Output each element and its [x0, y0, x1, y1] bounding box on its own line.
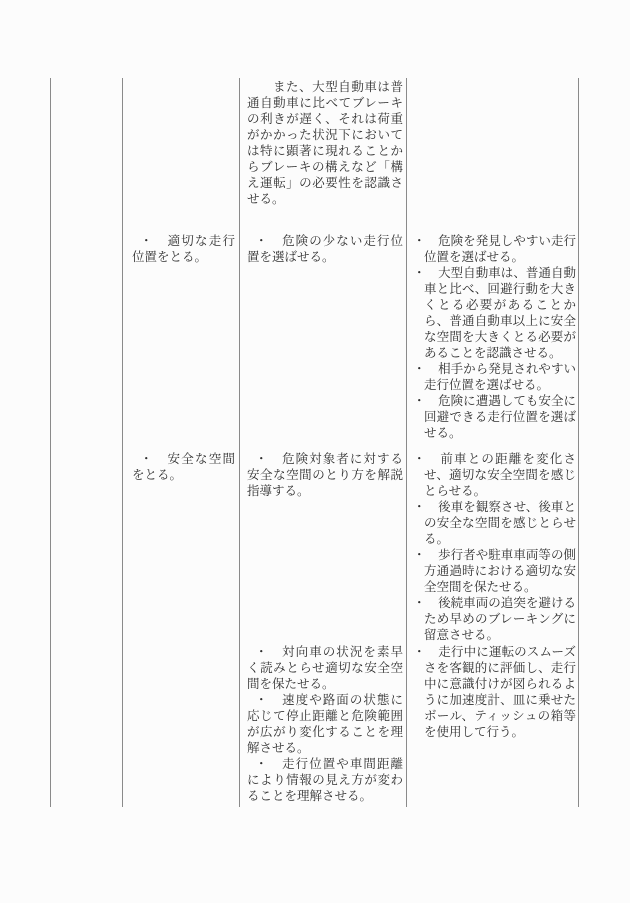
bullet-item: 危険を発見しやすい走行位置を選ばせる。: [424, 233, 576, 265]
row2-guidance-cell: 危険対象者に対する安全な空間のとり方を解説指導する。: [239, 451, 406, 499]
bullet-item: 歩行者や駐車車両等の側方通過時における適切な安全空間を保たせる。: [424, 547, 576, 595]
bullet-item: 安全な空間をとる。: [132, 451, 235, 483]
table-rule-right: [578, 78, 579, 807]
bullet-item: 危険に遭遇しても安全に回避できる走行位置を選ばせる。: [424, 393, 576, 441]
document-page: また、大型自動車は普通自動車に比べてブレーキの利きが遅く、それは荷重がかかった状…: [0, 0, 630, 903]
bullet-item: 危険の少ない走行位置を選ばせる。: [247, 233, 403, 265]
bullet-item: 大型自動車は、普通自動車と比べ、回避行動を大きくとる必要があることから、普通自動…: [424, 265, 576, 361]
intro-paragraph: また、大型自動車は普通自動車に比べてブレーキの利きが遅く、それは荷重がかかった状…: [247, 79, 403, 207]
row3-points-cell: 走行中に運転のスムーズさを客観的に評価し、走行中に意識付けが図られるように加速度…: [406, 644, 578, 740]
content-table: また、大型自動車は普通自動車に比べてブレーキの利きが遅く、それは荷重がかかった状…: [50, 78, 578, 807]
bullet-item: 前車との距離を変化させ、適切な安全空間を感じとらせる。: [424, 451, 576, 499]
bullet-item: 走行中に運転のスムーズさを客観的に評価し、走行中に意識付けが図られるように加速度…: [424, 644, 576, 740]
intro-cell: また、大型自動車は普通自動車に比べてブレーキの利きが遅く、それは荷重がかかった状…: [239, 79, 406, 207]
table-rule-col1-col2: [122, 78, 123, 807]
bullet-item: 適切な走行位置をとる。: [132, 233, 235, 265]
row1-points-cell: 危険を発見しやすい走行位置を選ばせる。 大型自動車は、普通自動車と比べ、回避行動…: [406, 233, 578, 441]
row2-points-cell: 前車との距離を変化させ、適切な安全空間を感じとらせる。 後車を観察させ、後車との…: [406, 451, 578, 643]
row2-objective-cell: 安全な空間をとる。: [122, 451, 239, 483]
bullet-item: 対向車の状況を素早く読みとらせ適切な安全空間を保たせる。: [247, 644, 403, 692]
row3-guidance-cell: 対向車の状況を素早く読みとらせ適切な安全空間を保たせる。 速度や路面の状態に応じ…: [239, 644, 406, 804]
bullet-item: 危険対象者に対する安全な空間のとり方を解説指導する。: [247, 451, 403, 499]
bullet-item: 後続車両の追突を避けるため早めのブレーキングに留意させる。: [424, 595, 576, 643]
bullet-item: 速度や路面の状態に応じて停止距離と危険範囲が広がり変化することを理解させる。: [247, 692, 403, 756]
row1-objective-cell: 適切な走行位置をとる。: [122, 233, 239, 265]
row1-guidance-cell: 危険の少ない走行位置を選ばせる。: [239, 233, 406, 265]
bullet-item: 後車を観察させ、後車との安全な空間を感じとらせる。: [424, 499, 576, 547]
bullet-item: 走行位置や車間距離により情報の見え方が変わることを理解させる。: [247, 756, 403, 804]
table-rule-left: [50, 78, 51, 807]
bullet-item: 相手から発見されやすい走行位置を選ばせる。: [424, 361, 576, 393]
